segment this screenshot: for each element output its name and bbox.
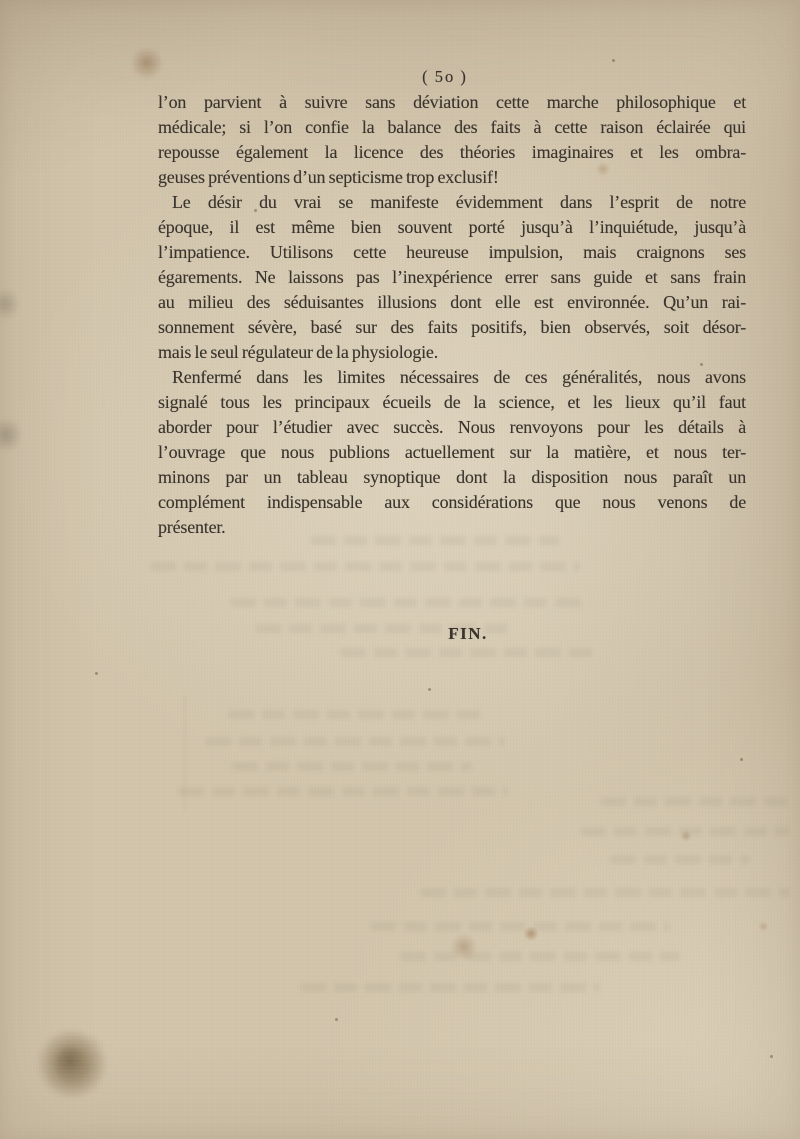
text-line: sonnement sévère, basé sur des faits pos… bbox=[158, 315, 746, 340]
paper-stain bbox=[0, 286, 18, 322]
text-line: Renfermé dans les limites nécessaires de… bbox=[158, 365, 746, 390]
text-line: signalé tous les principaux écueils de l… bbox=[158, 390, 746, 415]
verso-showthrough bbox=[600, 797, 790, 806]
text-line: au milieu des séduisantes illusions dont… bbox=[158, 290, 746, 315]
paper-speck bbox=[428, 688, 431, 691]
text-line: repousse également la licence des théori… bbox=[158, 140, 746, 165]
verso-showthrough-rule bbox=[184, 695, 186, 810]
paper-stain bbox=[450, 934, 478, 960]
paper-speck bbox=[770, 1055, 773, 1058]
text-line: l’impatience. Utilisons cette heureuse i… bbox=[158, 240, 746, 265]
text-line: égarements. Ne laissons pas l’inexpérien… bbox=[158, 265, 746, 290]
text-line: l’ouvrage que nous publions actuellement… bbox=[158, 440, 746, 465]
verso-showthrough bbox=[178, 787, 508, 796]
verso-showthrough bbox=[205, 737, 505, 746]
paper-speck bbox=[612, 59, 615, 62]
verso-showthrough bbox=[300, 983, 600, 992]
text-column: ( 5o ) l’on parvient à suivre sans dévia… bbox=[158, 68, 746, 644]
verso-showthrough bbox=[420, 888, 790, 897]
verso-showthrough bbox=[232, 762, 472, 771]
paper-speck bbox=[95, 672, 98, 675]
paper-stain bbox=[54, 1046, 86, 1076]
book-page-scan: ( 5o ) l’on parvient à suivre sans dévia… bbox=[0, 0, 800, 1139]
paper-stain bbox=[36, 1030, 108, 1098]
fin-label: FIN. bbox=[174, 624, 762, 644]
verso-showthrough bbox=[610, 855, 750, 864]
verso-showthrough bbox=[580, 827, 790, 836]
paper-stain bbox=[680, 830, 692, 842]
text-line: geuses préventions d’un septicisme trop … bbox=[158, 165, 746, 190]
paper-speck bbox=[740, 758, 743, 761]
paper-stain bbox=[758, 921, 769, 932]
text-line: aborder pour l’étudier avec succès. Nous… bbox=[158, 415, 746, 440]
paper-stain bbox=[523, 926, 539, 941]
text-line: époque, il est même bien souvent porté j… bbox=[158, 215, 746, 240]
paper-stain bbox=[0, 416, 21, 454]
verso-showthrough bbox=[340, 648, 600, 657]
text-line: mais le seul régulateur de la physiologi… bbox=[158, 340, 746, 365]
verso-showthrough bbox=[228, 710, 488, 719]
text-line: Le désir du vrai se manifeste évidemment… bbox=[158, 190, 746, 215]
text-line: présenter. bbox=[158, 515, 746, 540]
verso-showthrough bbox=[400, 952, 680, 961]
paper-speck bbox=[335, 1018, 338, 1021]
text-line: minons par un tableau synoptique dont la… bbox=[158, 465, 746, 490]
text-line: l’on parvient à suivre sans déviation ce… bbox=[158, 90, 746, 115]
text-line: complément indispensable aux considérati… bbox=[158, 490, 746, 515]
text-line: médicale; si l’on confie la balance des … bbox=[158, 115, 746, 140]
verso-showthrough bbox=[370, 922, 670, 931]
page-number: ( 5o ) bbox=[151, 68, 739, 86]
body-text: l’on parvient à suivre sans déviation ce… bbox=[158, 90, 746, 540]
